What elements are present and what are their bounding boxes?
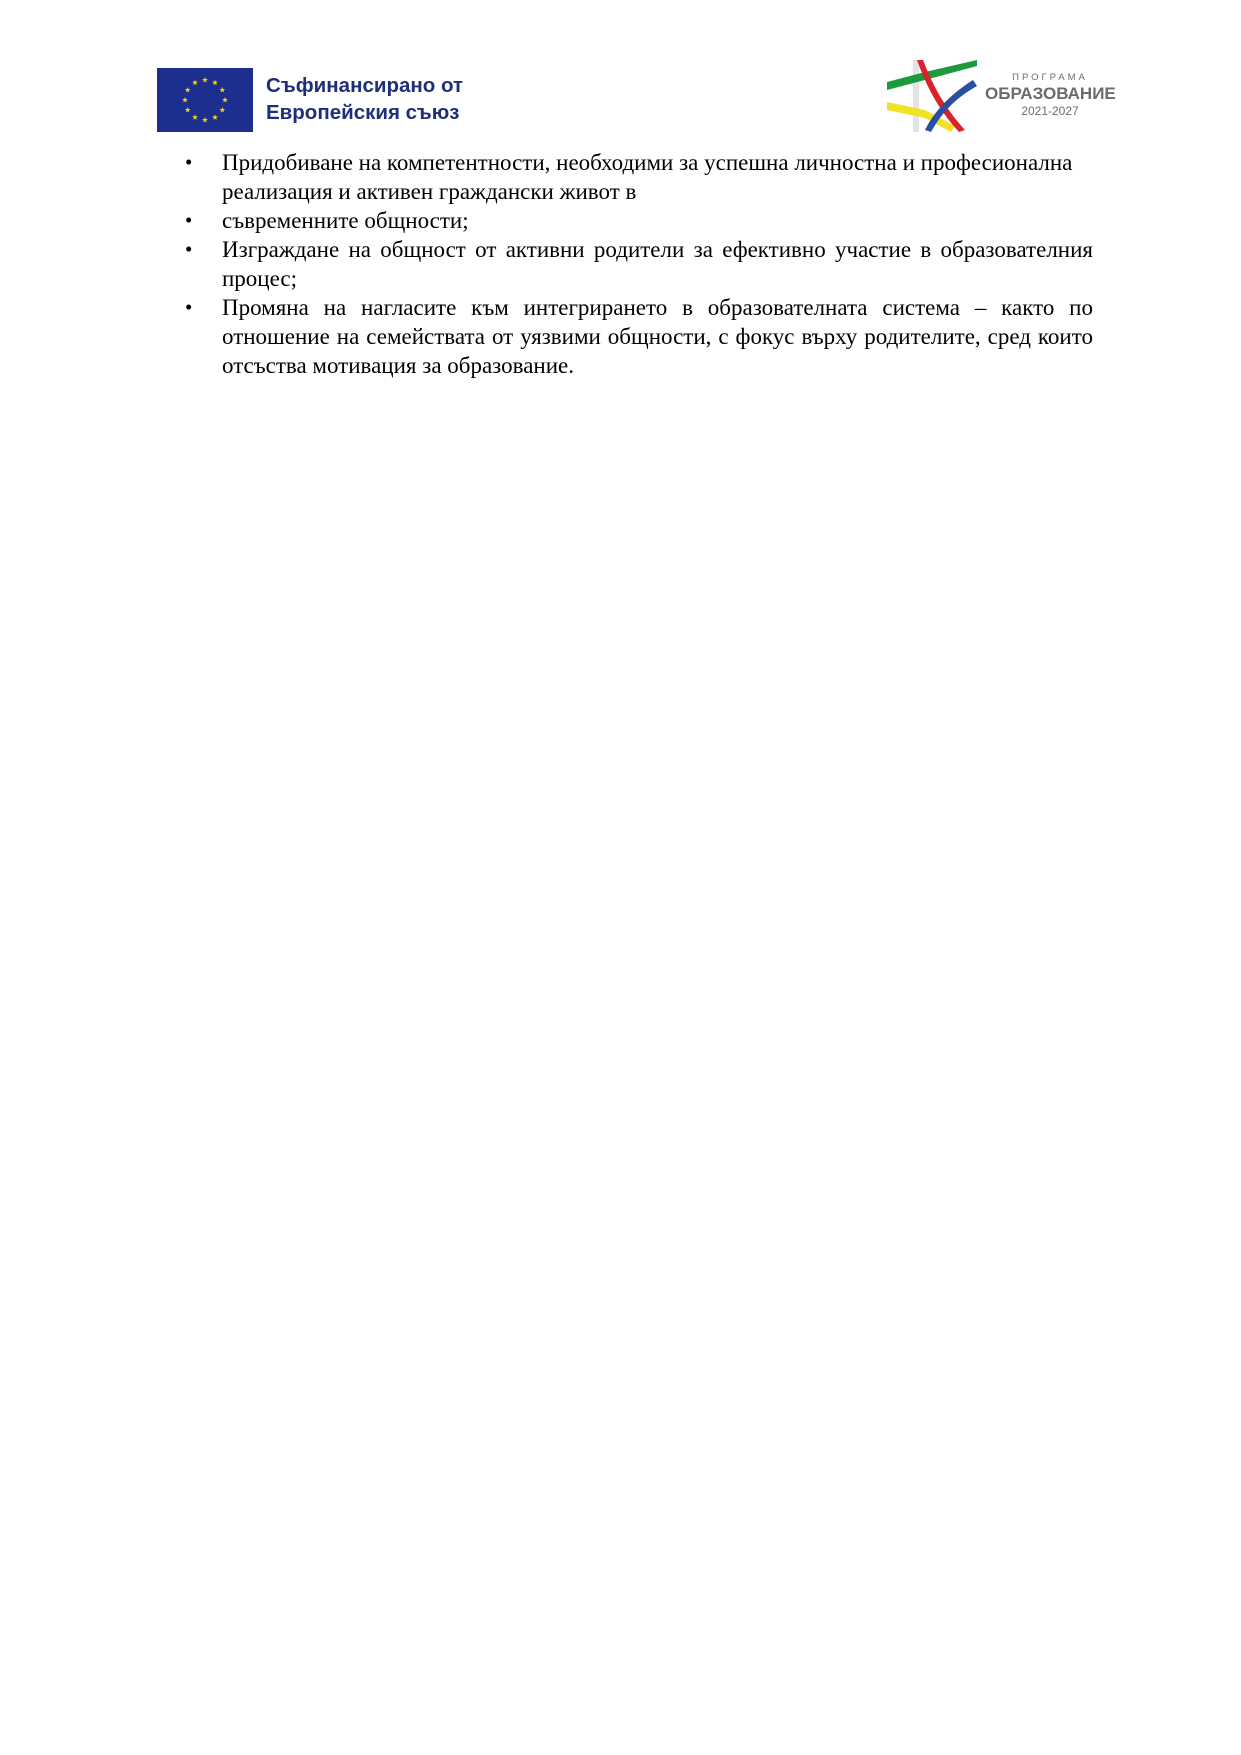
list-item: Придобиване на компетентности, необходим…: [181, 148, 1093, 206]
eu-cofunded-label: Съфинансирано от Европейския съюз: [266, 72, 463, 126]
eu-flag-icon: [157, 68, 253, 132]
eu-text-line1: Съфинансирано от: [266, 72, 463, 99]
list-item: Промяна на нагласите към интегрирането в…: [181, 293, 1093, 380]
list-item: съвременните общности;: [181, 206, 1093, 235]
eu-stars-icon: [157, 68, 253, 132]
eu-text-line2: Европейския съюз: [266, 99, 463, 126]
program-title: ОБРАЗОВАНИЕ: [985, 84, 1115, 104]
program-years: 2021-2027: [985, 104, 1115, 118]
list-item: Изграждане на общност от активни родител…: [181, 235, 1093, 293]
program-small-label: ПРОГРАМА: [985, 72, 1115, 84]
program-education-icon: [885, 58, 985, 134]
document-body: Придобиване на компетентности, необходим…: [181, 148, 1093, 380]
bullet-list: Придобиване на компетентности, необходим…: [181, 148, 1093, 380]
program-education-label: ПРОГРАМА ОБРАЗОВАНИЕ 2021-2027: [985, 72, 1115, 118]
